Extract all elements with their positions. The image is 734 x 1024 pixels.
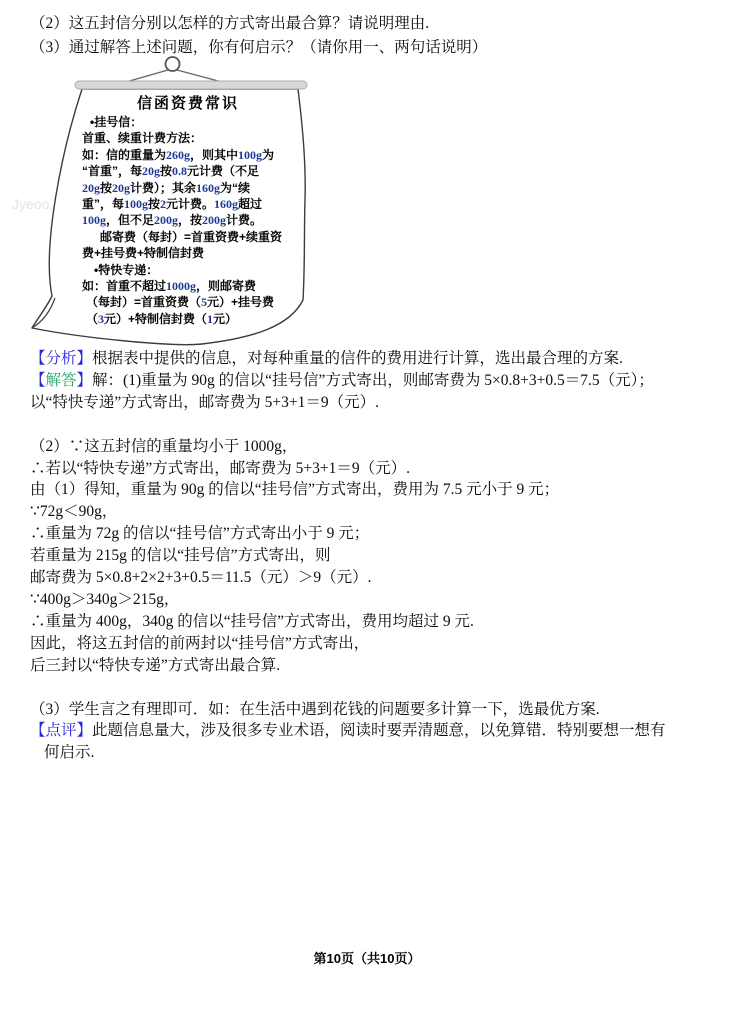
analysis-line: 【分析】根据表中提供的信息，对每种重量的信件的费用进行计算，选出最合理的方案. [30, 348, 728, 370]
poster-line: 邮寄费（每封）=首重资费+续重资 [82, 229, 306, 245]
poster-line: （3元）+特制信封费（1元） [82, 311, 306, 327]
solution-line: ∴重量为 400g，340g 的信以“挂号信”方式寄出，费用均超过 9 元. [30, 611, 728, 633]
postage-poster-figure: 信函资费常识 •挂号信： 首重、续重计费方法： 如：信的重量为260g，则其中1… [22, 50, 324, 364]
solution-line: ∵400g＞340g＞215g， [30, 589, 728, 611]
solution-line: （2）∵这五封信的重量均小于 1000g， [30, 436, 728, 458]
hanger-rod [75, 81, 307, 89]
comment-line: 【点评】此题信息量大，涉及很多专业术语，阅读时要弄清题意，以免算错．特别要想一想… [30, 720, 728, 742]
solution-line: 因此，将这五封信的前两封以“挂号信”方式寄出， [30, 633, 728, 655]
solution-line: 以“特快专递”方式寄出，邮寄费为 5+3+1＝9（元）. [30, 392, 728, 414]
poster-line: 首重、续重计费方法： [82, 130, 306, 146]
question-line-2: （2）这五封信分别以怎样的方式寄出最合算？请说明理由. [30, 12, 730, 36]
solution-line: ∴重量为 72g 的信以“挂号信”方式寄出小于 9 元； [30, 523, 728, 545]
hanger-ring-icon [166, 57, 180, 71]
page-number: 第10页（共10页） [0, 948, 734, 967]
poster-line-express-mail: •特快专递： [82, 262, 306, 278]
document-page: （2）这五封信分别以怎样的方式寄出最合算？请说明理由. （3）通过解答上述问题，… [0, 0, 734, 1024]
hanger-strings [126, 70, 222, 82]
poster-line: “首重”，每20g按0.8元计费（不足 [82, 163, 306, 179]
poster-line: 费+挂号费+特制信封费 [82, 245, 306, 261]
poster-line: 20g按20g计费）；其余160g为“续 [82, 180, 306, 196]
poster-text: 信函资费常识 •挂号信： 首重、续重计费方法： 如：信的重量为260g，则其中1… [82, 94, 306, 327]
blank-line [30, 677, 728, 699]
poster-line-registered-letter: •挂号信： [82, 114, 306, 130]
answer-line: 【解答】解：(1)重量为 90g 的信以“挂号信”方式寄出，则邮寄费为 5×0.… [30, 370, 728, 392]
solution-line: （3）学生言之有理即可．如：在生活中遇到花钱的问题要多计算一下，选最优方案. [30, 699, 728, 721]
poster-title: 信函资费常识 [82, 94, 294, 114]
solution-line: 邮寄费为 5×0.8+2×2+3+0.5＝11.5（元）＞9（元）. [30, 567, 728, 589]
solution-line: ∵72g＜90g， [30, 501, 728, 523]
poster-line: （每封）=首重资费（5元）+挂号费 [82, 294, 306, 310]
poster-line: 如：信的重量为260g，则其中100g为 [82, 147, 306, 163]
solution-line: ∴若以“特快专递”方式寄出，邮寄费为 5+3+1＝9（元）. [30, 458, 728, 480]
solution-line: 若重量为 215g 的信以“挂号信”方式寄出，则 [30, 545, 728, 567]
comment-wrap-line: 何启示. [30, 742, 728, 764]
poster-line: 100g，但不足200g，按200g计费。 [82, 212, 306, 228]
solution-line: 后三封以“特快专递”方式寄出最合算. [30, 655, 728, 677]
solution-line: 由（1）得知，重量为 90g 的信以“挂号信”方式寄出，费用为 7.5 元小于 … [30, 479, 728, 501]
poster-line: 重”，每100g按2元计费。160g超过 [82, 196, 306, 212]
solution-section: 【分析】根据表中提供的信息，对每种重量的信件的费用进行计算，选出最合理的方案. … [30, 348, 728, 764]
blank-line [30, 414, 728, 436]
poster-line: 如：首重不超过1000g，则邮寄费 [82, 278, 306, 294]
